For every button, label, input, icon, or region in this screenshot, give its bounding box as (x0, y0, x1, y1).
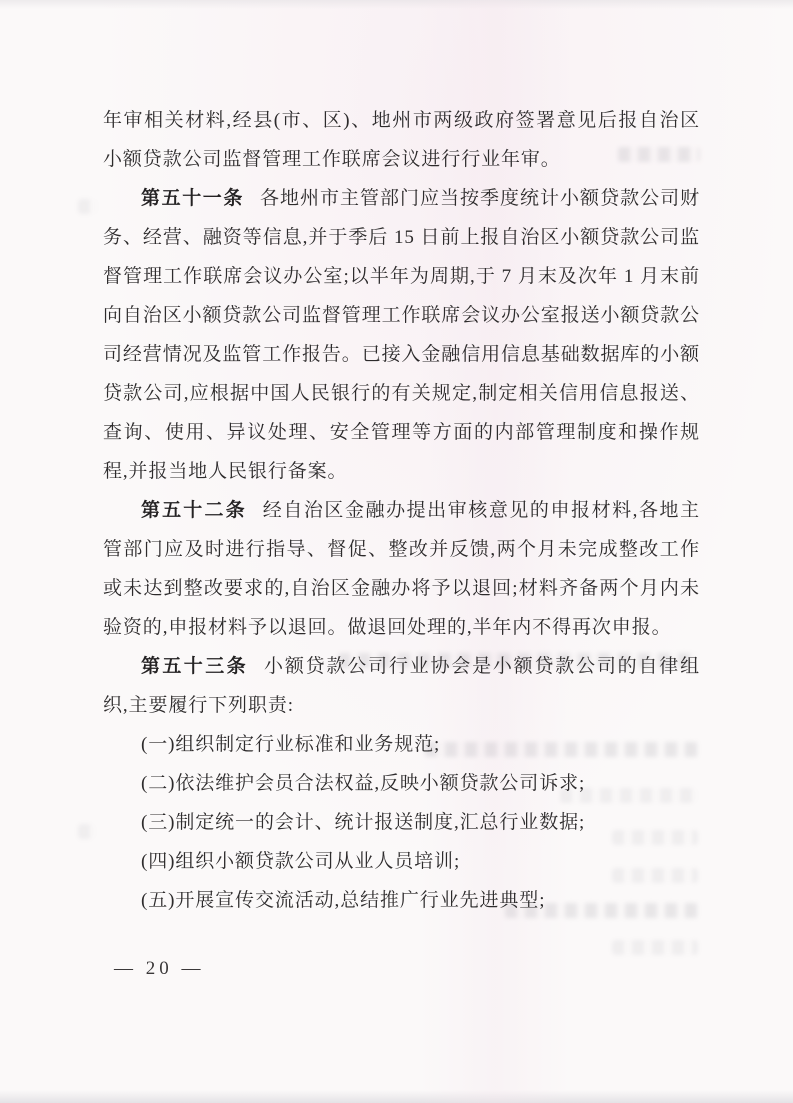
article-51-number: 第五十一条 (141, 188, 244, 209)
paragraph-text: 年审相关材料,经县(市、区)、地州市两级政府签署意见后报自治区小额贷款公司监督管… (103, 110, 700, 170)
list-item-text: (一)组织制定行业标准和业务规范; (141, 734, 440, 755)
list-item-5: (五)开展宣传交流活动,总结推广行业先进典型; (103, 881, 700, 920)
bleedthrough-artifact (78, 199, 98, 214)
list-item-text: (二)依法维护会员合法权益,反映小额贷款公司诉求; (141, 773, 585, 794)
article-52-number: 第五十二条 (141, 500, 247, 521)
bleedthrough-artifact (78, 824, 96, 839)
page-number: — 20 — (114, 958, 205, 980)
article-51-paragraph: 第五十一条各地州市主管部门应当按季度统计小额贷款公司财务、经营、融资等信息,并于… (103, 179, 700, 491)
article-53-paragraph: 第五十三条小额贷款公司行业协会是小额贷款公司的自律组织,主要履行下列职责: (103, 647, 700, 725)
list-item-2: (二)依法维护会员合法权益,反映小额贷款公司诉求; (103, 764, 700, 803)
article-52-paragraph: 第五十二条经自治区金融办提出审核意见的申报材料,各地主管部门应及时进行指导、督促… (103, 491, 700, 647)
article-53-number: 第五十三条 (141, 656, 248, 677)
list-item-text: (四)组织小额贷款公司从业人员培训; (141, 851, 460, 872)
list-item-4: (四)组织小额贷款公司从业人员培训; (103, 842, 700, 881)
document-body-text: 年审相关材料,经县(市、区)、地州市两级政府签署意见后报自治区小额贷款公司监督管… (103, 101, 700, 920)
list-item-3: (三)制定统一的会计、统计报送制度,汇总行业数据; (103, 803, 700, 842)
list-item-text: (五)开展宣传交流活动,总结推广行业先进典型; (141, 890, 545, 911)
list-item-text: (三)制定统一的会计、统计报送制度,汇总行业数据; (141, 812, 585, 833)
bleedthrough-artifact (612, 940, 698, 955)
paragraph-continuation: 年审相关材料,经县(市、区)、地州市两级政府签署意见后报自治区小额贷款公司监督管… (103, 101, 700, 179)
list-item-1: (一)组织制定行业标准和业务规范; (103, 725, 700, 764)
paragraph-text: 各地州市主管部门应当按季度统计小额贷款公司财务、经营、融资等信息,并于季后 15… (103, 188, 700, 482)
